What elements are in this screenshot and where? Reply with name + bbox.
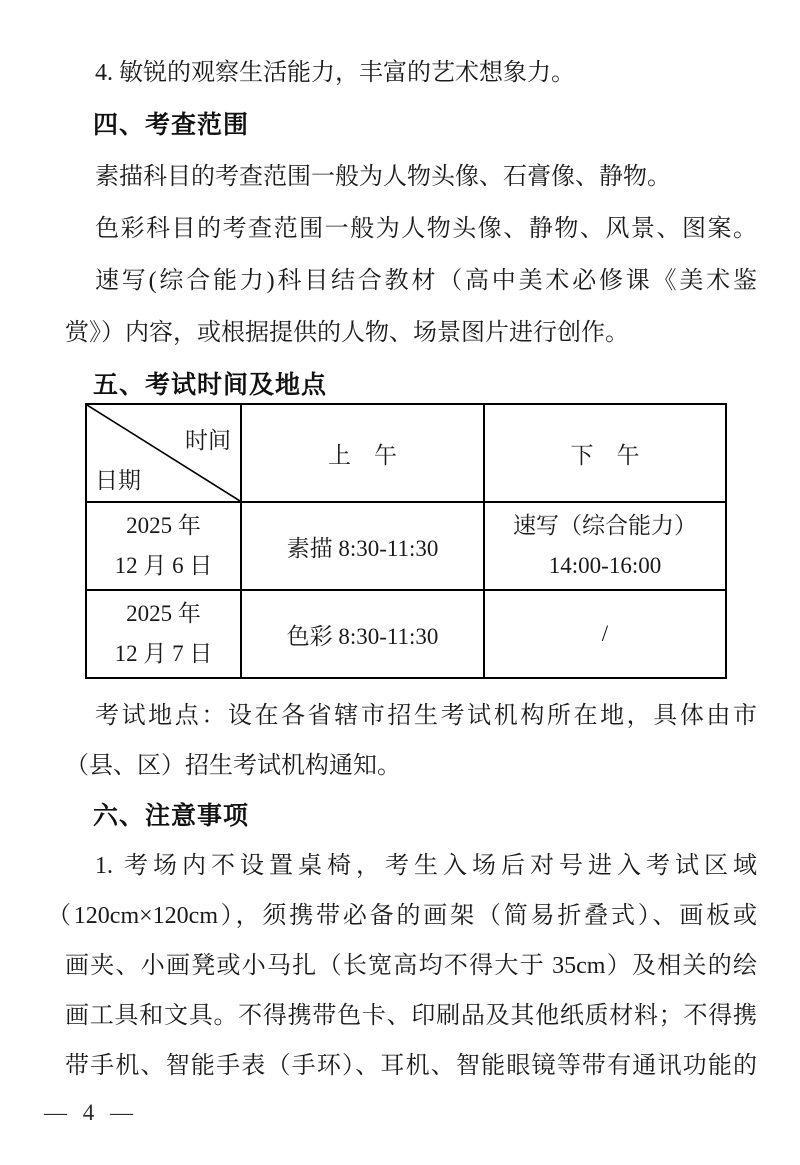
table-row-dec6: 2025 年 12 月 6 日 素描 8:30-11:30 速写（综合能力） 1…	[86, 502, 726, 590]
morning-exam-cell-dec7: 色彩 8:30-11:30	[241, 590, 484, 678]
color-scope-line: 色彩科目的考查范围一般为人物头像、静物、风景、图案。	[65, 203, 757, 255]
ability-item-4: 4. 敏锐的观察生活能力，丰富的艺术想象力。	[65, 47, 757, 99]
section-heading-4: 四、考查范围	[65, 99, 757, 151]
date-monthday: 12 月 6 日	[87, 546, 240, 586]
afternoon-exam-time: 14:00-16:00	[485, 546, 725, 586]
date-year: 2025 年	[87, 506, 240, 546]
column-header-afternoon: 下 午	[484, 404, 726, 502]
date-cell-dec7: 2025 年 12 月 7 日	[86, 590, 241, 678]
date-cell-dec6: 2025 年 12 月 6 日	[86, 502, 241, 590]
corner-label-date: 日期	[95, 462, 141, 495]
column-header-morning: 上 午	[241, 404, 484, 502]
exam-location-line-1: 考试地点：设在各省辖市招生考试机构所在地，具体由市	[65, 691, 757, 741]
afternoon-exam-name: 速写（综合能力）	[485, 506, 725, 546]
corner-label-time: 时间	[185, 422, 231, 455]
afternoon-exam-cell-dec7: /	[484, 590, 726, 678]
note1-line-5: 带手机、智能手表（手环）、耳机、智能眼镜等带有通讯功能的	[65, 1041, 757, 1091]
table-row-dec7: 2025 年 12 月 7 日 色彩 8:30-11:30 /	[86, 590, 726, 678]
date-monthday: 12 月 7 日	[87, 634, 240, 674]
table-corner-cell: 时间 日期	[86, 404, 241, 502]
quicksketch-line-1: 速写(综合能力)科目结合教材（高中美术必修课《美术鉴	[65, 255, 757, 307]
date-year: 2025 年	[87, 594, 240, 634]
note1-line-2: （120cm×120cm），须携带必备的画架（简易折叠式）、画板或	[65, 891, 757, 941]
table-header-row: 时间 日期 上 午 下 午	[86, 404, 726, 502]
document-body: 4. 敏锐的观察生活能力，丰富的艺术想象力。 四、考查范围 素描科目的考查范围一…	[65, 47, 757, 1091]
section-heading-6: 六、注意事项	[65, 791, 757, 841]
page-number: — 4 —	[44, 1100, 138, 1126]
exam-location-line-2: （县、区）招生考试机构通知。	[65, 741, 757, 791]
note1-line-1: 1. 考场内不设置桌椅，考生入场后对号进入考试区域	[65, 841, 757, 891]
quicksketch-line-2: 赏》）内容，或根据提供的人物、场景图片进行创作。	[65, 307, 757, 359]
sketch-scope-line: 素描科目的考查范围一般为人物头像、石膏像、静物。	[65, 151, 757, 203]
morning-exam-cell-dec6: 素描 8:30-11:30	[241, 502, 484, 590]
note1-line-4: 画工具和文具。不得携带色卡、印刷品及其他纸质材料；不得携	[65, 991, 757, 1041]
note1-line-3: 画夹、小画凳或小马扎（长宽高均不得大于 35cm）及相关的绘	[65, 941, 757, 991]
document-page: 4. 敏锐的观察生活能力，丰富的艺术想象力。 四、考查范围 素描科目的考查范围一…	[0, 0, 800, 1165]
afternoon-exam-cell-dec6: 速写（综合能力） 14:00-16:00	[484, 502, 726, 590]
exam-schedule-table: 时间 日期 上 午 下 午 2025 年 12 月 6 日 素描 8:30-11…	[85, 403, 727, 679]
